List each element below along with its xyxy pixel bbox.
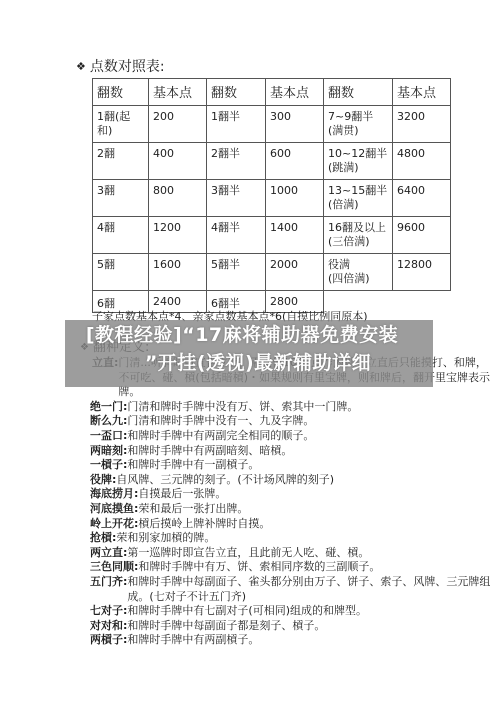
definition-term: 抢槓: bbox=[90, 531, 116, 546]
definition-term: 对对和: bbox=[90, 619, 127, 634]
definition-term: 两槓子: bbox=[90, 633, 127, 648]
table-header: 翻数 bbox=[207, 79, 266, 106]
definition-description: 和牌时手牌中每副面子都是刻子、槓子。 bbox=[127, 619, 325, 634]
table-row: 2翻4002翻半60010~12翻半(跳满)4800 bbox=[93, 143, 451, 180]
table-cell bbox=[393, 291, 451, 313]
definition-description: 门清和牌时手牌中没有一、九及字牌。 bbox=[127, 414, 314, 429]
definition-item: 对对和:和牌时手牌中每副面子都是刻子、槓子。 bbox=[90, 619, 492, 634]
table-cell: 2翻 bbox=[93, 143, 149, 180]
table-cell: 600 bbox=[266, 143, 324, 180]
definition-term: 役牌: bbox=[90, 473, 116, 488]
definition-item: 绝一门:门清和牌时手牌中没有万、饼、索其中一门牌。 bbox=[90, 400, 492, 415]
table-cell: 7~9翻半(满贯) bbox=[324, 106, 393, 143]
table-header-row: 翻数 基本点 翻数 基本点 翻数 基本点 bbox=[93, 79, 451, 106]
definition-description: 荣和别家加槓的牌。 bbox=[116, 531, 215, 546]
table-cell: 3翻 bbox=[93, 180, 149, 217]
definition-item: 两槓子:和牌时手牌中有两副槓子。 bbox=[90, 633, 492, 648]
table-cell: 10~12翻半(跳满) bbox=[324, 143, 393, 180]
table-cell: 3200 bbox=[393, 106, 451, 143]
definition-description: 荣和最后一张打出牌。 bbox=[138, 502, 248, 517]
section-heading-label: 点数对照表: bbox=[90, 58, 165, 76]
table-cell: 13~15翻半(倍满) bbox=[324, 180, 393, 217]
definition-item: 三色同顺:和牌时手牌中有万、饼、索相同序数的三副顺子。 bbox=[90, 560, 492, 575]
definition-description: 自风牌、三元牌的刻子。(不计场风牌的刻子) bbox=[116, 473, 334, 488]
table-cell: 1000 bbox=[266, 180, 324, 217]
definition-description: 和牌时手牌中有两副暗刻、暗槓。 bbox=[127, 444, 292, 459]
definition-term: 七对子: bbox=[90, 604, 127, 619]
table-cell: 1400 bbox=[266, 217, 324, 254]
definition-term: 两立直: bbox=[90, 546, 127, 561]
definition-description: 和牌时手牌中有七副对子(可相同)组成的和牌型。 bbox=[127, 604, 367, 619]
definition-item: 一槓子:和牌时手牌中有一副槓子。 bbox=[90, 458, 492, 473]
table-cell: 役满(四倍满) bbox=[324, 254, 393, 291]
table-cell: 1翻半 bbox=[207, 106, 266, 143]
definition-item: 役牌:自风牌、三元牌的刻子。(不计场风牌的刻子) bbox=[90, 473, 492, 488]
table-row: 1翻(起和)2001翻半3007~9翻半(满贯)3200 bbox=[93, 106, 451, 143]
table-cell: 800 bbox=[149, 180, 207, 217]
table-header: 翻数 bbox=[93, 79, 149, 106]
definition-item: 抢槓:荣和别家加槓的牌。 bbox=[90, 531, 492, 546]
diamond-bullet-icon: ❖ bbox=[76, 58, 86, 76]
table-cell: 6400 bbox=[393, 180, 451, 217]
definition-item: 两立直:第一巡牌时即宣告立直，且此前无人吃、碰、槓。 bbox=[90, 546, 492, 561]
table-cell: 400 bbox=[149, 143, 207, 180]
definition-item: 七对子:和牌时手牌中有七副对子(可相同)组成的和牌型。 bbox=[90, 604, 492, 619]
definition-description: 自摸最后一张牌。 bbox=[138, 487, 226, 502]
definition-term: 两暗刻: bbox=[90, 444, 127, 459]
definition-item: 两暗刻:和牌时手牌中有两副暗刻、暗槓。 bbox=[90, 444, 492, 459]
table-cell: 16翻及以上(三倍满) bbox=[324, 217, 393, 254]
table-cell: 1200 bbox=[149, 217, 207, 254]
table-cell: 4翻半 bbox=[207, 217, 266, 254]
definition-description: 槓后摸岭上牌补牌时自摸。 bbox=[138, 517, 270, 532]
overlay-title-line-2: ”开挂(透视)最新辅助详细 bbox=[8, 350, 500, 377]
table-cell: 5翻 bbox=[93, 254, 149, 291]
table-cell: 3翻半 bbox=[207, 180, 266, 217]
definition-term: 河底摸鱼: bbox=[90, 502, 138, 517]
table-header: 基本点 bbox=[149, 79, 207, 106]
definitions-list: 立直:门清...听牌时可宣告立直，需支付1000点作为供・立直后只能摸打、和牌，… bbox=[92, 356, 492, 648]
table-header: 基本点 bbox=[266, 79, 324, 106]
definition-description: 门清和牌时手牌中没有万、饼、索其中一门牌。 bbox=[127, 400, 358, 415]
table-row: 3翻8003翻半100013~15翻半(倍满)6400 bbox=[93, 180, 451, 217]
definition-term: 五门齐: bbox=[90, 575, 127, 604]
definition-description: 和牌时手牌中有两副槓子。 bbox=[127, 633, 259, 648]
table-cell: 300 bbox=[266, 106, 324, 143]
definition-description: 和牌时手牌中有一副槓子。 bbox=[127, 458, 259, 473]
definition-term: 断么九: bbox=[90, 414, 127, 429]
table-row: 4翻12004翻半140016翻及以上(三倍满)9600 bbox=[93, 217, 451, 254]
definition-description: 和牌时手牌中有两副完全相同的顺子。 bbox=[127, 429, 314, 444]
table-cell: 5翻半 bbox=[207, 254, 266, 291]
definition-term: 三色同顺: bbox=[90, 560, 138, 575]
table-cell: 4翻 bbox=[93, 217, 149, 254]
table-cell: 1600 bbox=[149, 254, 207, 291]
table-cell: 1翻(起和) bbox=[93, 106, 149, 143]
points-table: 翻数 基本点 翻数 基本点 翻数 基本点 1翻(起和)2001翻半3007~9翻… bbox=[92, 78, 451, 313]
table-cell: 4800 bbox=[393, 143, 451, 180]
table-row: 5翻16005翻半2000役满(四倍满)12800 bbox=[93, 254, 451, 291]
definition-item: 海底捞月:自摸最后一张牌。 bbox=[90, 487, 492, 502]
table-cell: 12800 bbox=[393, 254, 451, 291]
table-cell: 9600 bbox=[393, 217, 451, 254]
definition-term: 海底捞月: bbox=[90, 487, 138, 502]
definition-term: 一槓子: bbox=[90, 458, 127, 473]
definition-item: 岭上开花:槓后摸岭上牌补牌时自摸。 bbox=[90, 517, 492, 532]
definition-term: 绝一门: bbox=[90, 400, 127, 415]
table-cell: 200 bbox=[149, 106, 207, 143]
table-cell: 2翻半 bbox=[207, 143, 266, 180]
table-cell: 2000 bbox=[266, 254, 324, 291]
definition-item: 一盃口:和牌时手牌中有两副完全相同的顺子。 bbox=[90, 429, 492, 444]
table-header: 基本点 bbox=[393, 79, 451, 106]
overlay-title-line-1: [教程经验]“17麻将辅助器免费安装 bbox=[0, 322, 492, 349]
definition-description: 和牌时手牌中有万、饼、索相同序数的三副顺子。 bbox=[138, 560, 380, 575]
definition-item: 河底摸鱼:荣和最后一张打出牌。 bbox=[90, 502, 492, 517]
section-heading-points-table: ❖ 点数对照表: bbox=[76, 58, 165, 76]
definition-description: 第一巡牌时即宣告立直，且此前无人吃、碰、槓。 bbox=[127, 546, 369, 561]
definition-description: 和牌时手牌中每副面子、雀头都分别由万子、饼子、索子、风牌、三元牌组成。(七对子不… bbox=[127, 575, 492, 604]
definition-item: 五门齐:和牌时手牌中每副面子、雀头都分别由万子、饼子、索子、风牌、三元牌组成。(… bbox=[90, 575, 492, 604]
table-header: 翻数 bbox=[324, 79, 393, 106]
definition-term: 岭上开花: bbox=[90, 517, 138, 532]
definition-term: 一盃口: bbox=[90, 429, 127, 444]
definition-item: 断么九:门清和牌时手牌中没有一、九及字牌。 bbox=[90, 414, 492, 429]
